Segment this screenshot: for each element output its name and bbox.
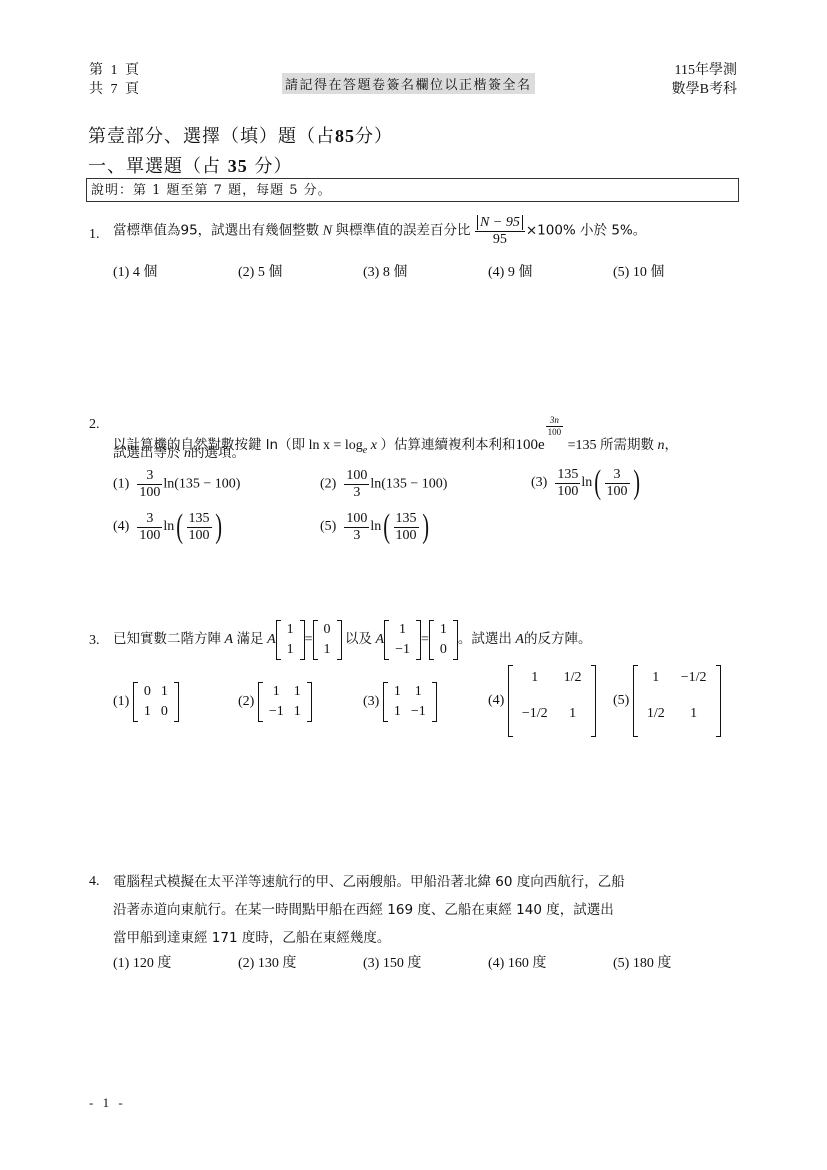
- section-title: 一、單選題（占 35 分）: [88, 152, 292, 178]
- cell: 0: [319, 620, 336, 640]
- question-stem-line2: 沿著赤道向東航行。在某一時間點甲船在西經 169 度、乙船在東經 140 度，試…: [113, 900, 614, 920]
- option-matrix: 01 10: [133, 682, 179, 722]
- part-title-suffix: 分）: [355, 126, 393, 147]
- compound-formula: 100e3n100 =135: [515, 438, 596, 453]
- coefficient-fraction: 3100: [137, 511, 162, 544]
- log-base: e: [363, 445, 367, 456]
- coefficient-fraction: 1003: [344, 511, 369, 544]
- option-2[interactable]: (2) 11 −11: [238, 682, 312, 722]
- option-5[interactable]: (5) 1−1/2 1/21: [613, 665, 721, 737]
- cell: 0: [435, 640, 452, 660]
- formula-equals: =135: [568, 438, 597, 453]
- question-number: 4.: [89, 872, 100, 892]
- cell: 1: [156, 682, 173, 702]
- error-fraction: N − 95 95: [475, 215, 525, 248]
- signature-notice: 請記得在答題卷簽名欄位以正楷簽全名: [282, 73, 535, 94]
- variable-n: n: [184, 446, 191, 461]
- ln-operator: ln: [370, 519, 381, 534]
- stem-text: 。試選出: [458, 631, 512, 647]
- question-stem-line3: 當甲船到達東經 171 度時，乙船在東經幾度。: [113, 928, 390, 948]
- option-3[interactable]: (3) 135100ln(3100): [531, 466, 642, 500]
- numerator: 3: [137, 511, 162, 528]
- numerator: 100: [344, 511, 369, 528]
- denominator: 100: [137, 485, 162, 501]
- stem-text: ，: [665, 437, 679, 453]
- left-paren: (: [176, 510, 183, 544]
- page-footer-number: - 1 -: [89, 1095, 126, 1111]
- section-title-suffix: 分）: [254, 156, 292, 177]
- denominator: 3: [344, 485, 369, 501]
- cell: 1: [264, 682, 289, 702]
- denominator: 3: [344, 528, 369, 544]
- option-matrix: 11 −11: [258, 682, 312, 722]
- cell: 0: [139, 682, 156, 702]
- stem-text: 所需期數: [600, 437, 654, 453]
- option-label: (1): [113, 477, 129, 492]
- part-title-prefix: 第壹部分、選擇（填）題（占: [88, 126, 335, 147]
- cell: 1: [514, 665, 556, 691]
- cell: 1: [406, 682, 431, 702]
- right-paren: ): [633, 466, 640, 500]
- exam-subject: 數學B考科: [672, 80, 737, 99]
- left-paren: (: [594, 466, 601, 500]
- numerator: 135: [187, 511, 212, 528]
- cell: 1: [390, 620, 415, 640]
- question-stem: 當標準值為95，試選出有幾個整數 N 與標準值的誤差百分比 N − 95 95 …: [113, 215, 646, 248]
- numerator: 135: [394, 511, 419, 528]
- cell: 1: [289, 702, 306, 722]
- option-label: (2): [320, 477, 336, 492]
- denominator: 100: [137, 528, 162, 544]
- option-4[interactable]: (4) 3100ln(135100): [113, 510, 224, 544]
- question-3: 3. 已知實數二階方陣 A 滿足 A11=01 以及 A1−1=10。試選出 A…: [0, 620, 827, 750]
- question-number: 2.: [89, 415, 100, 435]
- option-1[interactable]: (1) 3100ln(135 − 100): [113, 468, 240, 501]
- variable-n: n: [658, 438, 665, 453]
- option-matrix: 11 1−1: [383, 682, 437, 722]
- denominator: 100: [187, 528, 212, 544]
- cell: 1: [435, 620, 452, 640]
- result-1: 01: [313, 620, 342, 660]
- cell: 1: [389, 682, 406, 702]
- option-label: (2): [238, 694, 254, 709]
- vector-2: 1−1: [384, 620, 421, 660]
- result-2: 10: [429, 620, 458, 660]
- option-1[interactable]: (1) 4 個: [113, 263, 157, 283]
- coefficient-fraction: 1003: [344, 468, 369, 501]
- page-indicator: 第 1 頁 共 7 頁: [89, 61, 141, 99]
- right-paren: ): [422, 510, 429, 544]
- page-total-line: 共 7 頁: [89, 80, 141, 99]
- denominator: 100: [605, 484, 630, 500]
- part-title: 第壹部分、選擇（填）題（占85分）: [88, 122, 393, 148]
- section-description: 說明：第 1 題至第 7 題，每題 5 分。: [86, 178, 739, 202]
- exponent-numerator: 3n: [546, 415, 564, 427]
- cell: −1/2: [514, 691, 556, 737]
- cell: 0: [156, 702, 173, 722]
- fraction-denominator: 95: [475, 232, 525, 248]
- part-points: 85: [335, 126, 355, 146]
- matrix-a: A: [376, 632, 385, 647]
- option-2[interactable]: (2) 1003ln(135 − 100): [320, 468, 447, 501]
- option-label: (3): [363, 694, 379, 709]
- stem-text: 與標準值的誤差百分比: [336, 223, 471, 239]
- ln-definition: ln x = loge x: [309, 438, 377, 453]
- cell: −1: [390, 640, 415, 660]
- numerator: 100: [344, 468, 369, 485]
- exponent-denominator: 100: [546, 427, 564, 438]
- denominator: 100: [555, 484, 580, 500]
- stem-text: 當標準值為95，試選出有幾個整數: [113, 223, 319, 239]
- cell: 1/2: [639, 691, 673, 737]
- cell: 1: [139, 702, 156, 722]
- matrix-a: A: [515, 632, 524, 647]
- cell: 1: [289, 682, 306, 702]
- numerator: 3: [605, 467, 630, 484]
- question-2: 2. 以計算機的自然對數按鍵 ln（即 ln x = loge x ）估算連續複…: [0, 400, 827, 560]
- cell: 1: [673, 691, 715, 737]
- stem-text: ）估算連續複利本利和: [380, 437, 515, 453]
- cell: 1: [556, 691, 590, 737]
- vector-1: 11: [276, 620, 305, 660]
- option-2[interactable]: (2) 5 個: [238, 263, 282, 283]
- exam-year: 115年學測: [672, 61, 737, 80]
- stem-text: 以及: [345, 631, 372, 647]
- cell: −1: [264, 702, 289, 722]
- stem-text: 的反方陣。: [524, 631, 592, 647]
- option-label: (4): [113, 519, 129, 534]
- question-4: 4. 電腦程式模擬在太平洋等速航行的甲、乙兩艘船。甲船沿著北緯 60 度向西航行…: [0, 872, 827, 982]
- cell: 1: [389, 702, 406, 722]
- question-stem: 已知實數二階方陣 A 滿足 A11=01 以及 A1−1=10。試選出 A的反方…: [113, 620, 591, 660]
- coefficient-fraction: 135100: [555, 467, 580, 500]
- cell: −1/2: [673, 665, 715, 691]
- option-5[interactable]: (5) 10 個: [613, 263, 664, 283]
- left-paren: (: [383, 510, 390, 544]
- option-label: (4): [488, 693, 504, 708]
- numerator: 135: [555, 467, 580, 484]
- cell: 1: [282, 640, 299, 660]
- section-title-prefix: 一、單選題（占: [88, 156, 221, 177]
- denominator: 100: [394, 528, 419, 544]
- cell: 1: [319, 640, 336, 660]
- argument-fraction: 135100: [394, 511, 419, 544]
- ln-operator: ln: [581, 475, 592, 490]
- numerator: 3: [137, 468, 162, 485]
- question-number: 1.: [89, 225, 100, 245]
- stem-text: 試選出等於: [113, 445, 181, 461]
- cell: 1/2: [556, 665, 590, 691]
- right-paren: ): [215, 510, 222, 544]
- option-matrix: 11/2 −1/21: [508, 665, 596, 737]
- option-3[interactable]: (3) 8 個: [363, 263, 407, 283]
- option-4[interactable]: (4) 9 個: [488, 263, 532, 283]
- exam-info: 115年學測 數學B考科: [672, 61, 737, 99]
- argument-fraction: 3100: [605, 467, 630, 500]
- stem-text: 已知實數二階方陣: [113, 631, 221, 647]
- stem-text: 滿足: [237, 631, 264, 647]
- formula-base: 100e: [515, 437, 544, 453]
- exponent-fraction: 3n100: [546, 415, 564, 438]
- section-points: 35: [228, 156, 248, 176]
- variable-n: N: [323, 224, 332, 239]
- option-2[interactable]: (2) 130 度: [238, 954, 296, 974]
- option-label: (1): [113, 694, 129, 709]
- option-3[interactable]: (3) 11 1−1: [363, 682, 437, 722]
- option-matrix: 1−1/2 1/21: [633, 665, 721, 737]
- variable-x: x: [371, 438, 377, 453]
- option-label: (5): [613, 693, 629, 708]
- ln-expression: ln(135 − 100): [163, 477, 240, 492]
- stem-text: 的選項。: [191, 445, 245, 461]
- option-4[interactable]: (4) 160 度: [488, 954, 546, 974]
- cell: 1: [282, 620, 299, 640]
- stem-text: ×100% 小於 5%。: [526, 223, 646, 239]
- option-4[interactable]: (4) 11/2 −1/21: [488, 665, 596, 737]
- option-3[interactable]: (3) 150 度: [363, 954, 421, 974]
- question-1: 1. 當標準值為95，試選出有幾個整數 N 與標準值的誤差百分比 N − 95 …: [0, 215, 827, 295]
- question-stem-line1: 電腦程式模擬在太平洋等速航行的甲、乙兩艘船。甲船沿著北緯 60 度向西航行，乙船: [113, 872, 625, 892]
- option-5[interactable]: (5) 1003ln(135100): [320, 510, 431, 544]
- matrix-a: A: [267, 632, 276, 647]
- option-1[interactable]: (1) 120 度: [113, 954, 171, 974]
- cell: −1: [406, 702, 431, 722]
- question-number: 3.: [89, 631, 100, 651]
- matrix-a: A: [225, 632, 234, 647]
- question-stem-line2: 試選出等於 n的選項。: [113, 443, 245, 464]
- option-label: (3): [531, 475, 547, 490]
- page-number-line: 第 1 頁: [89, 61, 141, 80]
- cell: 1: [639, 665, 673, 691]
- argument-fraction: 135100: [187, 511, 212, 544]
- option-1[interactable]: (1) 01 10: [113, 682, 179, 722]
- option-label: (5): [320, 519, 336, 534]
- ln-formula: ln x = log: [309, 438, 363, 453]
- coefficient-fraction: 3100: [137, 468, 162, 501]
- ln-expression: ln(135 − 100): [370, 477, 447, 492]
- option-5[interactable]: (5) 180 度: [613, 954, 671, 974]
- fraction-numerator: N − 95: [477, 215, 523, 230]
- ln-operator: ln: [163, 519, 174, 534]
